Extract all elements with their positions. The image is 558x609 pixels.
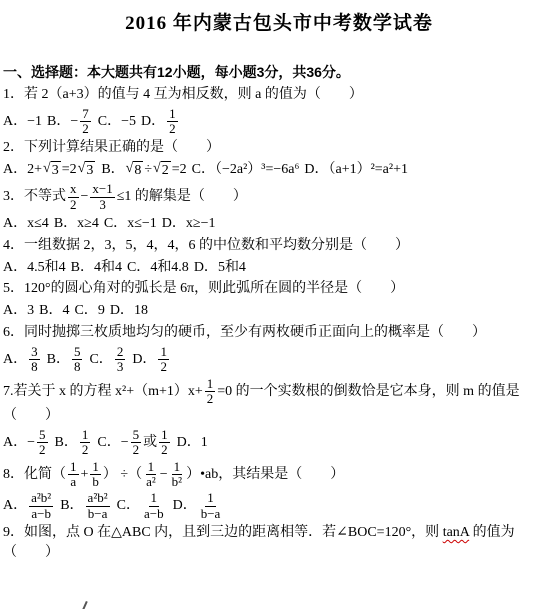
text-run: 4．一组数据 2，3，5，4，4，6 的中位数和平均数分别是（ ） <box>3 238 409 253</box>
fraction-denominator: a−b <box>142 507 166 521</box>
text-run: −5 <box>121 114 136 129</box>
fraction: 52 <box>131 428 142 458</box>
text-run: 5和4 <box>218 260 246 275</box>
text-run: 9 <box>98 303 105 318</box>
question-6-option-A: A．38 <box>3 352 42 367</box>
option-label: A． <box>3 162 27 177</box>
fraction-numerator: 5 <box>72 345 83 360</box>
fraction-denominator: 8 <box>29 360 40 374</box>
option-label: C． <box>104 216 127 231</box>
fraction-numerator: 1 <box>80 428 91 443</box>
question-7-options: A．−52B．12C．−52或12D．1 <box>3 428 555 458</box>
text-run: 4和4 <box>94 260 122 275</box>
question-6-stem: 6．同时抛掷三枚质地均匀的硬币，至少有两枚硬币正面向上的概率是（ ） <box>3 323 555 343</box>
fraction-denominator: 2 <box>37 443 48 457</box>
question-5-stem: 5．120°的圆心角对的弧长是 6π，则此弧所在圆的半径是（ ） <box>3 279 555 299</box>
text-run: − <box>81 189 89 204</box>
question-2-option-A: A．2+√3=2√3 <box>3 162 96 177</box>
question-8-stem: 8．化简（1a+1b） ÷（1a²−1b²）•ab，其结果是（ ） <box>3 460 555 490</box>
fraction-denominator: 2 <box>159 443 170 457</box>
question-4-stem: 4．一组数据 2，3，5，4，4，6 的中位数和平均数分别是（ ） <box>3 236 555 256</box>
option-label: D． <box>194 260 218 275</box>
fraction-denominator: a² <box>144 475 158 489</box>
fraction: 1b <box>90 460 101 490</box>
option-label: D． <box>162 216 186 231</box>
fraction-denominator: 3 <box>97 198 108 212</box>
fraction-numerator: 3 <box>29 345 40 360</box>
question-6-option-D: D．12 <box>132 352 171 367</box>
fraction-numerator: 1 <box>146 460 157 475</box>
fraction-numerator: x−1 <box>90 182 114 197</box>
option-label: C． <box>74 303 97 318</box>
fraction: 12 <box>167 107 178 137</box>
text-run: − <box>70 114 78 129</box>
text-run: ）•ab，其结果是（ ） <box>186 467 344 482</box>
sqrt-expression: √2 <box>153 161 171 180</box>
fraction: 1a² <box>144 460 158 490</box>
option-label: D． <box>304 162 328 177</box>
option-label: B． <box>54 216 77 231</box>
fraction-denominator: b² <box>170 475 184 489</box>
fraction-numerator: x <box>68 182 79 197</box>
fraction: 12 <box>205 377 216 407</box>
fraction-denominator: b <box>90 475 101 489</box>
fraction: x−13 <box>90 182 114 212</box>
question-1-option-B: B．−72 <box>47 114 93 129</box>
text-run: 9．如图，点 O 在△ABC 内，且到三边的距离相等．若∠BOC=120°，则 <box>3 525 443 540</box>
question-7: 7.若关于 x 的方程 x²+（m+1）x+12=0 的一个实数根的倒数恰是它本… <box>3 377 555 458</box>
option-label: C． <box>127 260 150 275</box>
radical-sign: √ <box>43 161 51 177</box>
text-run: ≤1 的解集是（ ） <box>117 189 247 204</box>
question-1-options: A．−1B．−72C．−5D．12 <box>3 107 555 137</box>
question-8-options: A．a²b²a−bB．a²b²b−aC．1a−bD．1b−a <box>3 491 555 521</box>
question-4-option-A: A．4.5和4 <box>3 260 66 275</box>
question-8-option-C: C．1a−b <box>117 498 168 513</box>
question-1: 1．若 2（a+3）的值与 4 互为相反数，则 a 的值为（ ）A．−1B．−7… <box>3 85 555 136</box>
question-1-stem: 1．若 2（a+3）的值与 4 互为相反数，则 a 的值为（ ） <box>3 85 555 105</box>
option-label: C． <box>97 435 120 450</box>
question-6-options: A．38B．58C．23D．12 <box>3 345 555 375</box>
question-4-options: A．4.5和4B．4和4C．4和4.8D．5和4 <box>3 258 555 278</box>
option-label: B． <box>47 114 70 129</box>
radicand: 3 <box>85 161 95 180</box>
text-run: x≤−1 <box>127 216 157 231</box>
fraction-denominator: 2 <box>167 122 178 136</box>
option-label: C． <box>117 498 140 513</box>
radical-sign: √ <box>153 161 161 177</box>
question-3: 3．不等式x2−x−13≤1 的解集是（ ）A．x≤4B．x≥4C．x≤−1D．… <box>3 182 555 233</box>
option-label: B． <box>47 352 70 367</box>
text-run: − <box>27 435 35 450</box>
question-list: 1．若 2（a+3）的值与 4 互为相反数，则 a 的值为（ ）A．−1B．−7… <box>3 85 555 563</box>
question-4-option-B: B．4和4 <box>71 260 122 275</box>
question-7-option-B: B．12 <box>55 435 93 450</box>
sqrt-expression: √8 <box>126 161 144 180</box>
option-label: A． <box>3 303 27 318</box>
option-label: C． <box>98 114 121 129</box>
fraction: 12 <box>158 345 169 375</box>
question-3-option-B: B．x≥4 <box>54 216 99 231</box>
fraction-denominator: 8 <box>72 360 83 374</box>
question-2: 2．下列计算结果正确的是（ ）A．2+√3=2√3B．√8÷√2=2C．（−2a… <box>3 138 555 180</box>
radicand: 3 <box>51 161 61 180</box>
option-label: D． <box>141 114 165 129</box>
section-header: 一、选择题：本大题共有12小题，每小题3分，共36分。 <box>3 62 555 82</box>
fraction-denominator: 2 <box>205 392 216 406</box>
fraction-numerator: 1 <box>68 460 79 475</box>
radicand: 8 <box>133 161 143 180</box>
question-7-option-D: D．1 <box>177 435 208 450</box>
text-run: 18 <box>134 303 148 318</box>
fraction: 52 <box>37 428 48 458</box>
page-title: 2016 年内蒙古包头市中考数学试卷 <box>3 8 555 35</box>
question-7-option-A: A．−52 <box>3 435 50 450</box>
option-label: A． <box>3 260 27 275</box>
fraction-denominator: b−a <box>86 507 110 521</box>
text-run: （a+1）²=a²+1 <box>328 162 408 177</box>
question-7-option-C: C．−52或12 <box>97 435 171 450</box>
question-6-option-C: C．23 <box>89 352 127 367</box>
question-8-option-B: B．a²b²b−a <box>60 498 111 513</box>
option-label: D． <box>177 435 201 450</box>
fraction-numerator: a²b² <box>86 491 110 506</box>
question-3-options: A．x≤4B．x≥4C．x≤−1D．x≥−1 <box>3 214 555 234</box>
question-4-option-D: D．5和4 <box>194 260 246 275</box>
option-label: C． <box>89 352 112 367</box>
question-3-option-C: C．x≤−1 <box>104 216 157 231</box>
question-4-option-C: C．4和4.8 <box>127 260 189 275</box>
question-3-option-D: D．x≥−1 <box>162 216 216 231</box>
fraction-denominator: a−b <box>29 507 53 521</box>
text-run: 4和4.8 <box>150 260 189 275</box>
text-run: 2．下列计算结果正确的是（ ） <box>3 140 220 155</box>
text-run: 1 <box>201 435 208 450</box>
question-7-stem: 7.若关于 x 的方程 x²+（m+1）x+12=0 的一个实数根的倒数恰是它本… <box>3 377 555 426</box>
exam-document: 2016 年内蒙古包头市中考数学试卷 一、选择题：本大题共有12小题，每小题3分… <box>0 0 558 563</box>
question-6: 6．同时抛掷三枚质地均匀的硬币，至少有两枚硬币正面向上的概率是（ ）A．38B．… <box>3 323 555 374</box>
question-5: 5．120°的圆心角对的弧长是 6π，则此弧所在圆的半径是（ ）A．3B．4C．… <box>3 279 555 321</box>
fraction: 1a−b <box>142 491 166 521</box>
fraction: 1b² <box>170 460 184 490</box>
question-2-stem: 2．下列计算结果正确的是（ ） <box>3 138 555 158</box>
option-label: A． <box>3 114 27 129</box>
radical-sign: √ <box>78 161 86 177</box>
question-5-option-C: C．9 <box>74 303 104 318</box>
fraction-numerator: 1 <box>158 345 169 360</box>
text-run: 3．不等式 <box>3 189 66 204</box>
question-5-option-B: B．4 <box>39 303 69 318</box>
fraction-numerator: 1 <box>167 107 178 122</box>
fraction-denominator: a <box>68 475 78 489</box>
question-1-option-D: D．12 <box>141 114 180 129</box>
option-label: B． <box>60 498 83 513</box>
fraction: 58 <box>72 345 83 375</box>
text-run: 或 <box>143 435 157 450</box>
question-8-option-D: D．1b−a <box>173 498 225 513</box>
fraction-denominator: 2 <box>80 443 91 457</box>
question-2-option-C: C．（−2a²）³=−6a⁶ <box>192 162 300 177</box>
option-label: D． <box>173 498 197 513</box>
text-run: 4.5和4 <box>27 260 66 275</box>
question-8: 8．化简（1a+1b） ÷（1a²−1b²）•ab，其结果是（ ）A．a²b²a… <box>3 460 555 521</box>
fraction: 12 <box>159 428 170 458</box>
fraction-numerator: 2 <box>115 345 126 360</box>
fraction-numerator: 1 <box>159 428 170 443</box>
question-9-stem: 9．如图，点 O 在△ABC 内，且到三边的距离相等．若∠BOC=120°，则 … <box>3 523 555 563</box>
text-run: ÷ <box>144 162 152 177</box>
text-run: − <box>160 467 168 482</box>
fraction: 12 <box>80 428 91 458</box>
fraction: 1b−a <box>199 491 223 521</box>
question-1-option-C: C．−5 <box>98 114 136 129</box>
fraction-numerator: 1 <box>172 460 183 475</box>
text-run: x≥−1 <box>186 216 216 231</box>
fraction-denominator: 2 <box>80 122 91 136</box>
fraction: a²b²a−b <box>29 491 53 521</box>
question-2-options: A．2+√3=2√3B．√8÷√2=2C．（−2a²）³=−6a⁶D．（a+1）… <box>3 160 555 180</box>
fraction-denominator: b−a <box>199 507 223 521</box>
question-4: 4．一组数据 2，3，5，4，4，6 的中位数和平均数分别是（ ）A．4.5和4… <box>3 236 555 278</box>
text-run: x≤4 <box>27 216 49 231</box>
text-run: 6．同时抛掷三枚质地均匀的硬币，至少有两枚硬币正面向上的概率是（ ） <box>3 325 486 340</box>
text-run: − <box>121 435 129 450</box>
option-label: B． <box>55 435 78 450</box>
option-label: B． <box>71 260 94 275</box>
fraction-numerator: 1 <box>149 491 160 506</box>
spellcheck-flagged-text: tanA <box>443 525 469 540</box>
text-run: 8．化简（ <box>3 467 66 482</box>
fraction-numerator: 5 <box>131 428 142 443</box>
text-run: 1．若 2（a+3）的值与 4 互为相反数，则 a 的值为（ ） <box>3 87 363 102</box>
text-run: =2 <box>172 162 187 177</box>
fraction-numerator: 1 <box>90 460 101 475</box>
fraction: x2 <box>68 182 79 212</box>
fraction: 23 <box>115 345 126 375</box>
question-6-option-B: B．58 <box>47 352 85 367</box>
option-label: B． <box>39 303 62 318</box>
text-run: 7.若关于 x 的方程 x²+（m+1）x+ <box>3 384 203 399</box>
text-run: ） ÷（ <box>103 467 142 482</box>
option-label: B． <box>101 162 124 177</box>
question-9: 9．如图，点 O 在△ABC 内，且到三边的距离相等．若∠BOC=120°，则 … <box>3 523 555 563</box>
fraction-denominator: 2 <box>131 443 142 457</box>
text-run: 5．120°的圆心角对的弧长是 6π，则此弧所在圆的半径是（ ） <box>3 281 404 296</box>
option-label: A． <box>3 498 27 513</box>
option-label: D． <box>132 352 156 367</box>
option-label: D． <box>110 303 134 318</box>
text-run: 4 <box>62 303 69 318</box>
fraction: 72 <box>80 107 91 137</box>
q9-triangle-figure-fragment <box>82 601 87 609</box>
question-3-option-A: A．x≤4 <box>3 216 49 231</box>
question-2-option-D: D．（a+1）²=a²+1 <box>304 162 408 177</box>
text-run: x≥4 <box>77 216 99 231</box>
fraction: 38 <box>29 345 40 375</box>
fraction-denominator: 2 <box>158 360 169 374</box>
fraction-numerator: 1 <box>205 491 216 506</box>
sqrt-expression: √3 <box>43 161 61 180</box>
question-5-options: A．3B．4C．9D．18 <box>3 301 555 321</box>
fraction-denominator: 3 <box>115 360 126 374</box>
fraction: a²b²b−a <box>86 491 110 521</box>
text-run: + <box>81 467 89 482</box>
option-label: C． <box>192 162 215 177</box>
text-run: −1 <box>27 114 42 129</box>
text-run: 3 <box>27 303 34 318</box>
text-run: =2 <box>62 162 77 177</box>
fraction-denominator: 2 <box>68 198 79 212</box>
fraction-numerator: 7 <box>80 107 91 122</box>
fraction-numerator: 5 <box>37 428 48 443</box>
question-3-stem: 3．不等式x2−x−13≤1 的解集是（ ） <box>3 182 555 212</box>
text-run: 2+ <box>27 162 42 177</box>
fraction-numerator: 1 <box>205 377 216 392</box>
question-5-option-D: D．18 <box>110 303 148 318</box>
question-5-option-A: A．3 <box>3 303 34 318</box>
fraction: 1a <box>68 460 79 490</box>
question-1-option-A: A．−1 <box>3 114 42 129</box>
option-label: A． <box>3 216 27 231</box>
question-8-option-A: A．a²b²a−b <box>3 498 55 513</box>
radical-sign: √ <box>126 161 134 177</box>
option-label: A． <box>3 352 27 367</box>
sqrt-expression: √3 <box>78 161 96 180</box>
option-label: A． <box>3 435 27 450</box>
question-2-option-B: B．√8÷√2=2 <box>101 162 186 177</box>
fraction-numerator: a²b² <box>29 491 53 506</box>
radicand: 2 <box>161 161 171 180</box>
text-run: （−2a²）³=−6a⁶ <box>215 162 299 177</box>
